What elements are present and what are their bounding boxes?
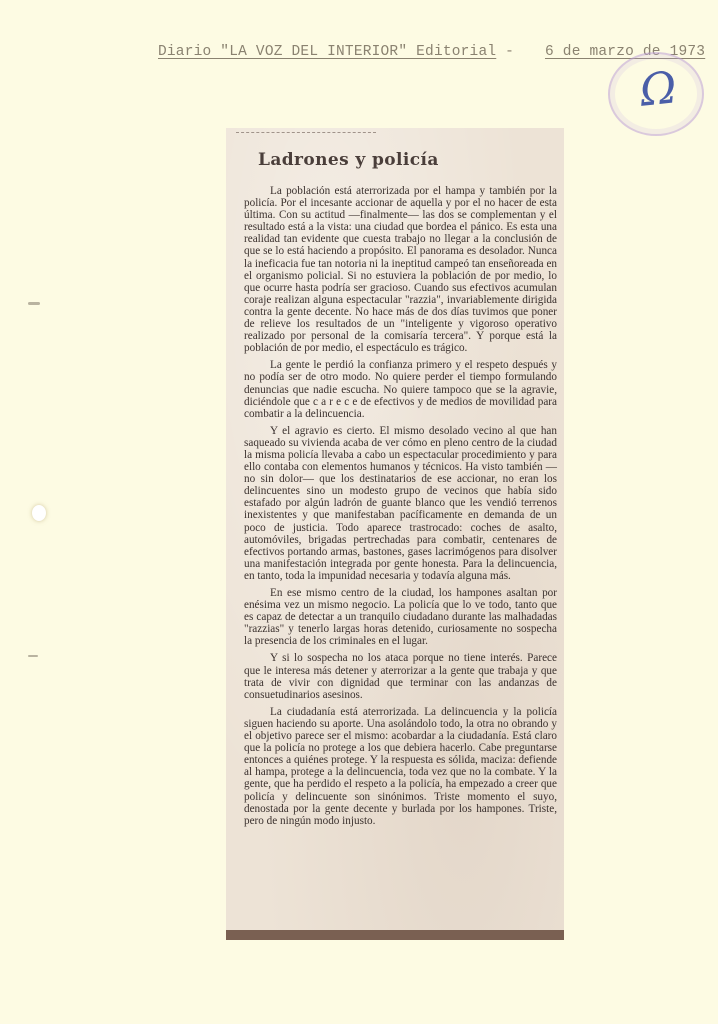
article-paragraph: La población está aterrorizada por el ha… bbox=[244, 185, 557, 354]
document-header: Diario "LA VOZ DEL INTERIOR" Editorial -… bbox=[158, 44, 705, 60]
signature-mark: Ω bbox=[637, 62, 679, 117]
binder-mark-top bbox=[28, 302, 40, 305]
newspaper-clipping: Ladrones y policía La población está ate… bbox=[226, 128, 564, 940]
article-body: La población está aterrorizada por el ha… bbox=[244, 185, 557, 832]
article-paragraph: Y si lo sospecha no los ataca porque no … bbox=[244, 652, 557, 700]
article-title: Ladrones y policía bbox=[258, 150, 439, 170]
article-paragraph: La gente le perdió la confianza primero … bbox=[244, 359, 557, 419]
article-paragraph: La ciudadanía está aterrorizada. La deli… bbox=[244, 706, 557, 827]
header-separator: - bbox=[505, 44, 514, 60]
punch-hole-icon bbox=[32, 505, 46, 521]
binder-mark-bottom bbox=[28, 655, 38, 657]
clipping-bottom-edge bbox=[226, 930, 564, 940]
source-label: Diario "LA VOZ DEL INTERIOR" Editorial bbox=[158, 44, 496, 60]
article-paragraph: Y el agravio es cierto. El mismo desolad… bbox=[244, 425, 557, 582]
article-paragraph: En ese mismo centro de la ciudad, los ha… bbox=[244, 587, 557, 647]
clipping-cut-line bbox=[236, 132, 376, 136]
